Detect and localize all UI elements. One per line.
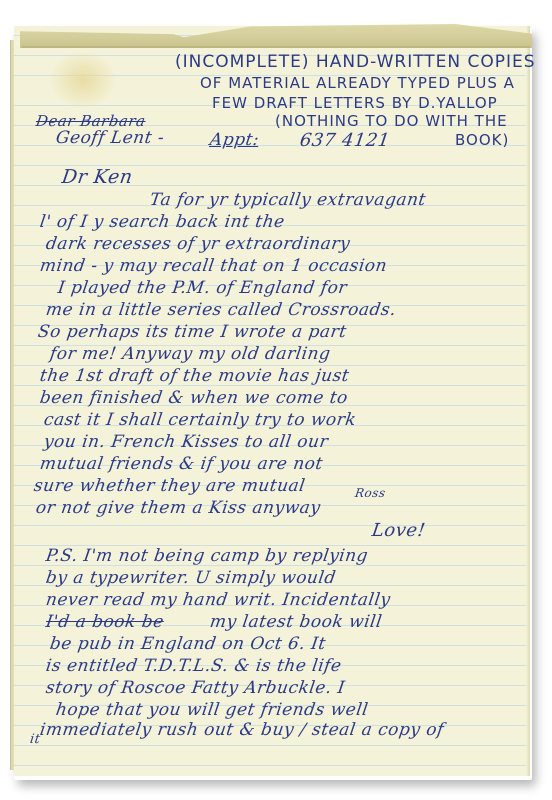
letter-line: l' of I y search back int the — [39, 212, 287, 232]
ps-line: never read my hand writ. Incidentally — [45, 590, 392, 610]
letter-line: you in. French Kisses to all our — [43, 432, 330, 452]
letter-line: I played the P.M. of England for — [57, 278, 349, 298]
letter-line: me in a little series called Crossroads. — [45, 300, 398, 320]
header-note-line-1: (INCOMPLETE) HAND-WRITTEN COPIES — [175, 52, 536, 72]
ps-line: hope that you will get friends well — [55, 700, 370, 720]
letter-line: the 1st draft of the movie has just — [39, 366, 351, 386]
header-note-line-2: OF MATERIAL ALREADY TYPED PLUS A — [200, 74, 515, 92]
letter-line: or not give them a Kiss anyway — [35, 498, 322, 518]
page-edge — [526, 26, 530, 776]
ps-line: P.S. I'm not being camp by replying — [45, 546, 370, 566]
header-note-line-4: (NOTHING TO DO WITH THE — [275, 112, 508, 130]
letter-line: mutual friends & if you are not — [39, 454, 325, 474]
ps-line: be pub in England on Oct 6. It — [49, 634, 328, 654]
ps-line: it — [29, 732, 41, 747]
ps-line: my latest book will — [209, 612, 384, 632]
kiss-insert: Ross — [354, 486, 387, 500]
letter-line: for me! Anyway my old darling — [49, 344, 332, 364]
letter-signoff: Love! — [371, 520, 427, 541]
ps-line: story of Roscoe Fatty Arbuckle. I — [45, 678, 347, 698]
letter-line: dark recesses of yr extraordinary — [45, 234, 352, 254]
ps-line: is entitled T.D.T.L.S. & is the life — [45, 656, 343, 676]
appointment-label: Appt: — [209, 130, 261, 150]
ps-line: immediately rush out & buy / steal a cop… — [39, 720, 446, 740]
letter-salutation: Dr Ken — [60, 166, 134, 188]
letter-line: cast it I shall certainly try to work — [43, 410, 358, 430]
paper-stain — [48, 50, 118, 110]
tape-crease — [22, 46, 530, 48]
contact-name: Geoff Lent - — [55, 128, 166, 148]
letter-line: Ta for yr typically extravagant — [149, 190, 428, 210]
letter-line: mind - y may recall that on 1 occasion — [39, 256, 389, 276]
ps-struck-text: I'd a book be — [45, 612, 166, 632]
phone-number: 637 4121 — [299, 130, 392, 151]
letter-line: sure whether they are mutual — [33, 476, 307, 496]
header-note-line-5: BOOK) — [455, 131, 509, 149]
letter-line: So perhaps its time I wrote a part — [37, 322, 348, 342]
letter-line: been finished & when we come to — [39, 388, 350, 408]
header-note-line-3: FEW DRAFT LETTERS BY D.YALLOP — [212, 94, 498, 112]
ps-line: by a typewriter. U simply would — [45, 568, 338, 588]
